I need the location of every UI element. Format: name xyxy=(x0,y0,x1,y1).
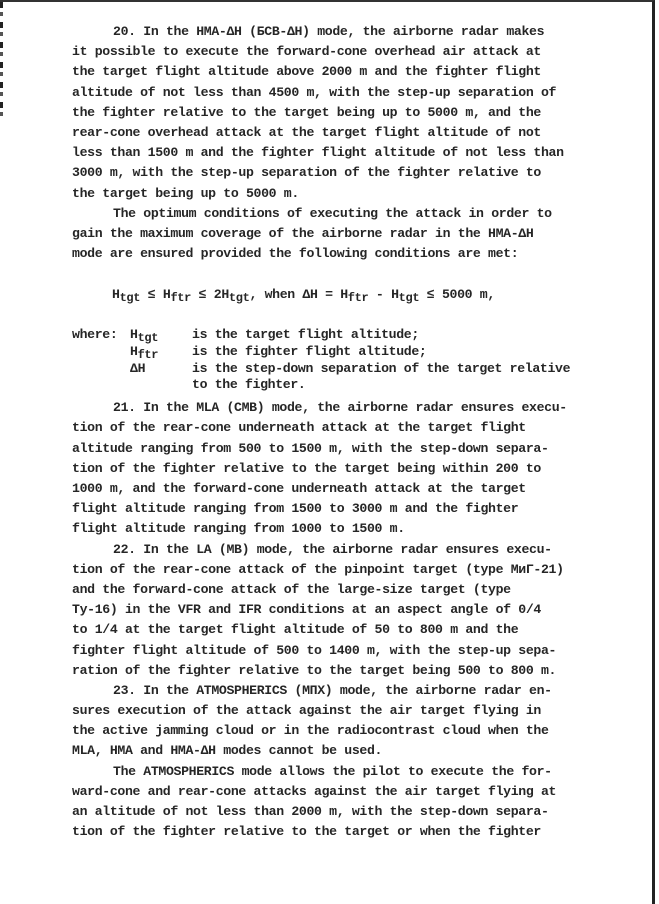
paragraph-21: 21. In the MLA (CMB) mode, the airborne … xyxy=(72,398,632,539)
text-line: sures execution of the attack against th… xyxy=(72,701,632,721)
definition-symbol: Hftr xyxy=(130,343,192,360)
definition-continuation: to the fighter. xyxy=(72,377,632,392)
text-line: 3000 m, with the step-up separation of t… xyxy=(72,163,632,183)
paragraph-20: 20. In the HMA-ΔH (БСВ-ΔH) mode, the air… xyxy=(72,22,632,204)
text-line: ward-cone and rear-cone attacks against … xyxy=(72,782,632,802)
text-line: the fighter relative to the target being… xyxy=(72,103,632,123)
text-line: tion of the fighter relative to the targ… xyxy=(72,822,632,842)
formula-operator: ≤ xyxy=(148,287,156,302)
formula-subscript: ftr xyxy=(348,291,369,305)
text-line: rear-cone overhead attack at the target … xyxy=(72,123,632,143)
text-line: 20. In the HMA-ΔH (БСВ-ΔH) mode, the air… xyxy=(72,22,632,42)
definition-symbol: Htgt xyxy=(130,326,192,343)
text-line: Ту-16) in the VFR and IFR conditions at … xyxy=(72,600,632,620)
symbol-definitions: where: Htgt is the target flight altitud… xyxy=(72,326,632,392)
formula-limit: 5000 m, xyxy=(442,287,495,302)
definition-row: Hftr is the fighter flight altitude; xyxy=(72,343,632,360)
formula-operator: - xyxy=(368,287,391,302)
formula-symbol: 2H xyxy=(214,287,229,302)
formula-symbol: H xyxy=(340,287,348,302)
text-line: altitude ranging from 500 to 1500 m, wit… xyxy=(72,439,632,459)
where-label: where: xyxy=(72,326,130,343)
document-body: 20. In the HMA-ΔH (БСВ-ΔH) mode, the air… xyxy=(72,22,632,842)
text-line: flight altitude ranging from 1000 to 150… xyxy=(72,519,632,539)
text-line: to 1/4 at the target flight altitude of … xyxy=(72,620,632,640)
formula-subscript: ftr xyxy=(170,291,191,305)
text-line: 23. In the ATMOSPHERICS (МПХ) mode, the … xyxy=(72,681,632,701)
text-line: fighter flight altitude of 500 to 1400 m… xyxy=(72,641,632,661)
altitude-formula: Htgt ≤ Hftr ≤ 2Htgt, when ΔH = Hftr - Ht… xyxy=(72,264,632,326)
formula-operator: ≤ xyxy=(199,287,207,302)
formula-subscript: tgt xyxy=(399,291,420,305)
formula-subscript: tgt xyxy=(229,291,250,305)
definition-text: is the step-down separation of the targe… xyxy=(192,360,570,377)
text-line: gain the maximum coverage of the airborn… xyxy=(72,224,632,244)
text-line: ration of the fighter relative to the ta… xyxy=(72,661,632,681)
definition-row: where: Htgt is the target flight altitud… xyxy=(72,326,632,343)
text-line: The optimum conditions of executing the … xyxy=(72,204,632,224)
definition-text: is the target flight altitude; xyxy=(192,326,419,343)
text-line: flight altitude ranging from 1500 to 300… xyxy=(72,499,632,519)
document-page: 20. In the HMA-ΔH (БСВ-ΔH) mode, the air… xyxy=(0,0,655,904)
text-line: less than 1500 m and the fighter flight … xyxy=(72,143,632,163)
text-line: and the forward-cone attack of the large… xyxy=(72,580,632,600)
text-line: it possible to execute the forward-cone … xyxy=(72,42,632,62)
page-edge-shadow xyxy=(0,2,3,122)
formula-text: , when ΔH = xyxy=(249,287,340,302)
text-line: The ATMOSPHERICS mode allows the pilot t… xyxy=(72,762,632,782)
text-line: mode are ensured provided the following … xyxy=(72,244,632,264)
text-line: tion of the rear-cone attack of the pinp… xyxy=(72,560,632,580)
definition-symbol: ΔH xyxy=(130,360,192,377)
text-line: 22. In the LA (MB) mode, the airborne ra… xyxy=(72,540,632,560)
definition-text: is the fighter flight altitude; xyxy=(192,343,426,360)
text-line: MLA, HMA and HMA-ΔH modes cannot be used… xyxy=(72,741,632,761)
text-line: 21. In the MLA (CMB) mode, the airborne … xyxy=(72,398,632,418)
paragraph-optimum-conditions: The optimum conditions of executing the … xyxy=(72,204,632,265)
formula-symbol: H xyxy=(112,287,120,302)
paragraph-atmospherics-mode: The ATMOSPHERICS mode allows the pilot t… xyxy=(72,762,632,843)
text-line: an altitude of not less than 2000 m, wit… xyxy=(72,802,632,822)
formula-subscript: tgt xyxy=(120,291,141,305)
text-line: tion of the rear-cone underneath attack … xyxy=(72,418,632,438)
text-line: the active jamming cloud or in the radio… xyxy=(72,721,632,741)
text-line: the target being up to 5000 m. xyxy=(72,184,632,204)
paragraph-23: 23. In the ATMOSPHERICS (МПХ) mode, the … xyxy=(72,681,632,762)
text-line: altitude of not less than 4500 m, with t… xyxy=(72,83,632,103)
definition-row: ΔH is the step-down separation of the ta… xyxy=(72,360,632,377)
paragraph-22: 22. In the LA (MB) mode, the airborne ra… xyxy=(72,540,632,681)
formula-symbol: H xyxy=(391,287,399,302)
text-line: the target flight altitude above 2000 m … xyxy=(72,62,632,82)
text-line: 1000 m, and the forward-cone underneath … xyxy=(72,479,632,499)
text-line: tion of the fighter relative to the targ… xyxy=(72,459,632,479)
formula-operator: ≤ xyxy=(427,287,435,302)
